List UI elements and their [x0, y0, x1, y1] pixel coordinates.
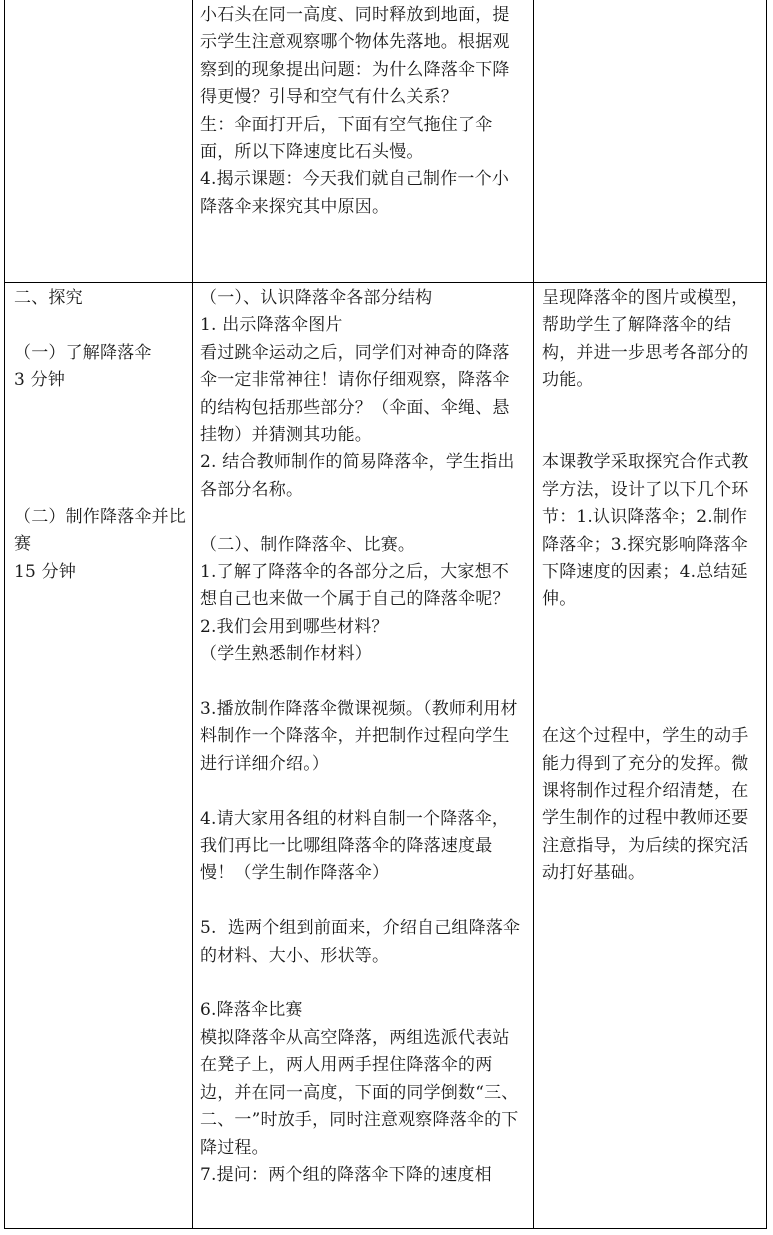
step1-body: 看过跳伞运动之后，同学们对神奇的降落伞一定非常神往！请你仔细观察，降落伞的结构包… — [200, 340, 525, 450]
p2-step6-title: 6.降落伞比赛 — [200, 997, 525, 1024]
activity-paragraph: 小石头在同一高度、同时释放到地面，提示学生注意观察哪个物体先落地。根据观察到的现… — [200, 2, 525, 112]
note-structure: 呈现降落伞的图片或模型，帮助学生了解降落伞的结构，并进一步思考各部分的功能。 — [542, 285, 759, 395]
part1-time: 3 分钟 — [14, 367, 192, 394]
part1-heading: （一）、认识降落伞各部分结构 — [200, 285, 525, 312]
p2-step4: 4.请大家用各组的材料自制一个降落伞，我们再比一比哪组降落伞的降落速度最慢！（学… — [200, 806, 525, 888]
part2-title: （二）制作降落伞并比赛 — [14, 504, 192, 559]
p2-step2-answer: （学生熟悉制作材料） — [200, 641, 525, 668]
section-title: 二、探究 — [14, 285, 192, 312]
p2-step1: 1.了解了降落伞的各部分之后，大家想不想自己也来做一个属于自己的降落伞呢？ — [200, 559, 525, 614]
design-intent-cell: 呈现降落伞的图片或模型，帮助学生了解降落伞的结构，并进一步思考各部分的功能。 本… — [534, 283, 765, 1228]
note-handson: 在这个过程中，学生的动手能力得到了充分的发挥。微课将制作过程介绍清楚，在学生制作… — [542, 723, 759, 887]
table-row: 小石头在同一高度、同时释放到地面，提示学生注意观察哪个物体先落地。根据观察到的现… — [4, 0, 767, 283]
table-row: 二、探究 （一）了解降落伞 3 分钟 （二）制作降落伞并比赛 15 分钟 （一）… — [4, 283, 767, 1229]
p2-step6-body: 模拟降落伞从高空降落，两组选派代表站在凳子上，两人用两手捏住降落伞的两边，并在同… — [200, 1025, 525, 1162]
p2-step2-question: 2.我们会用到哪些材料？ — [200, 614, 525, 641]
lesson-plan-table: 小石头在同一高度、同时释放到地面，提示学生注意观察哪个物体先落地。根据观察到的现… — [4, 0, 767, 1229]
part2-time: 15 分钟 — [14, 559, 192, 586]
p2-step3: 3.播放制作降落伞微课视频。（教师利用材料制作一个降落伞，并把制作过程向学生进行… — [200, 696, 525, 778]
activity-cell: （一）、认识降落伞各部分结构 1. 出示降落伞图片 看过跳伞运动之后，同学们对神… — [193, 283, 534, 1228]
topic-reveal: 4.揭示课题：今天我们就自己制作一个小降落伞来探究其中原因。 — [200, 166, 525, 221]
stage-cell — [5, 0, 193, 282]
design-intent-cell — [534, 0, 765, 282]
step1-title: 1. 出示降落伞图片 — [200, 312, 525, 339]
activity-cell: 小石头在同一高度、同时释放到地面，提示学生注意观察哪个物体先落地。根据观察到的现… — [193, 0, 534, 282]
stage-cell: 二、探究 （一）了解降落伞 3 分钟 （二）制作降落伞并比赛 15 分钟 — [5, 283, 193, 1228]
part1-title: （一）了解降落伞 — [14, 340, 192, 367]
part2-heading: （二）、制作降落伞、比赛。 — [200, 532, 525, 559]
p2-step7: 7.提问：两个组的降落伞下降的速度相 — [200, 1162, 525, 1189]
step2: 2. 结合教师制作的简易降落伞，学生指出各部分名称。 — [200, 449, 525, 504]
student-answer: 生：伞面打开后，下面有空气拖住了伞面，所以下降速度比石头慢。 — [200, 112, 525, 167]
note-method: 本课教学采取探究合作式教学方法，设计了以下几个环节：1.认识降落伞；2.制作降落… — [542, 449, 759, 613]
p2-step5: 5. 选两个组到前面来，介绍自己组降落伞的材料、大小、形状等。 — [200, 915, 525, 970]
